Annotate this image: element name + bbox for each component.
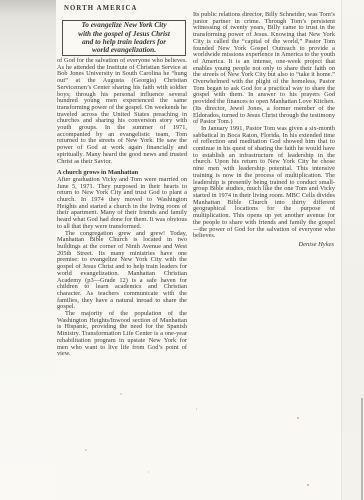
right-column: Its public relations director, Billy Sch… — [193, 12, 335, 248]
paragraph: The majority of the population of the Wa… — [57, 311, 187, 358]
scan-speck — [297, 417, 299, 419]
scan-speck — [120, 393, 122, 395]
page-edge-dark-sliver — [361, 398, 363, 500]
left-column: of God for the salvation of everyone who… — [57, 58, 187, 358]
scanned-book-page: NORTH AMERICA To evangelize New York Cit… — [0, 0, 364, 500]
author-byline: Denise Hykes — [193, 241, 335, 248]
page-edge-shadow — [341, 0, 342, 500]
paragraph: In January 1991, Pastor Tom was given a … — [193, 126, 335, 240]
scan-speck — [85, 449, 87, 451]
scan-speck — [148, 471, 149, 473]
scan-speck — [196, 408, 197, 410]
running-head: NORTH AMERICA — [64, 5, 138, 12]
quote-line: world evangelization. — [63, 46, 185, 54]
paragraph: The congregation grew and grew! Today, M… — [57, 231, 187, 311]
scan-speck — [307, 484, 309, 486]
mission-quote-box: To evangelize New York City with the gos… — [62, 20, 186, 56]
paragraph: Its public relations director, Billy Sch… — [193, 12, 335, 126]
paragraph: of God for the salvation of everyone who… — [57, 58, 187, 165]
paragraph: After graduation Vicky and Tom were marr… — [57, 177, 187, 231]
scan-left-margin — [0, 0, 56, 500]
